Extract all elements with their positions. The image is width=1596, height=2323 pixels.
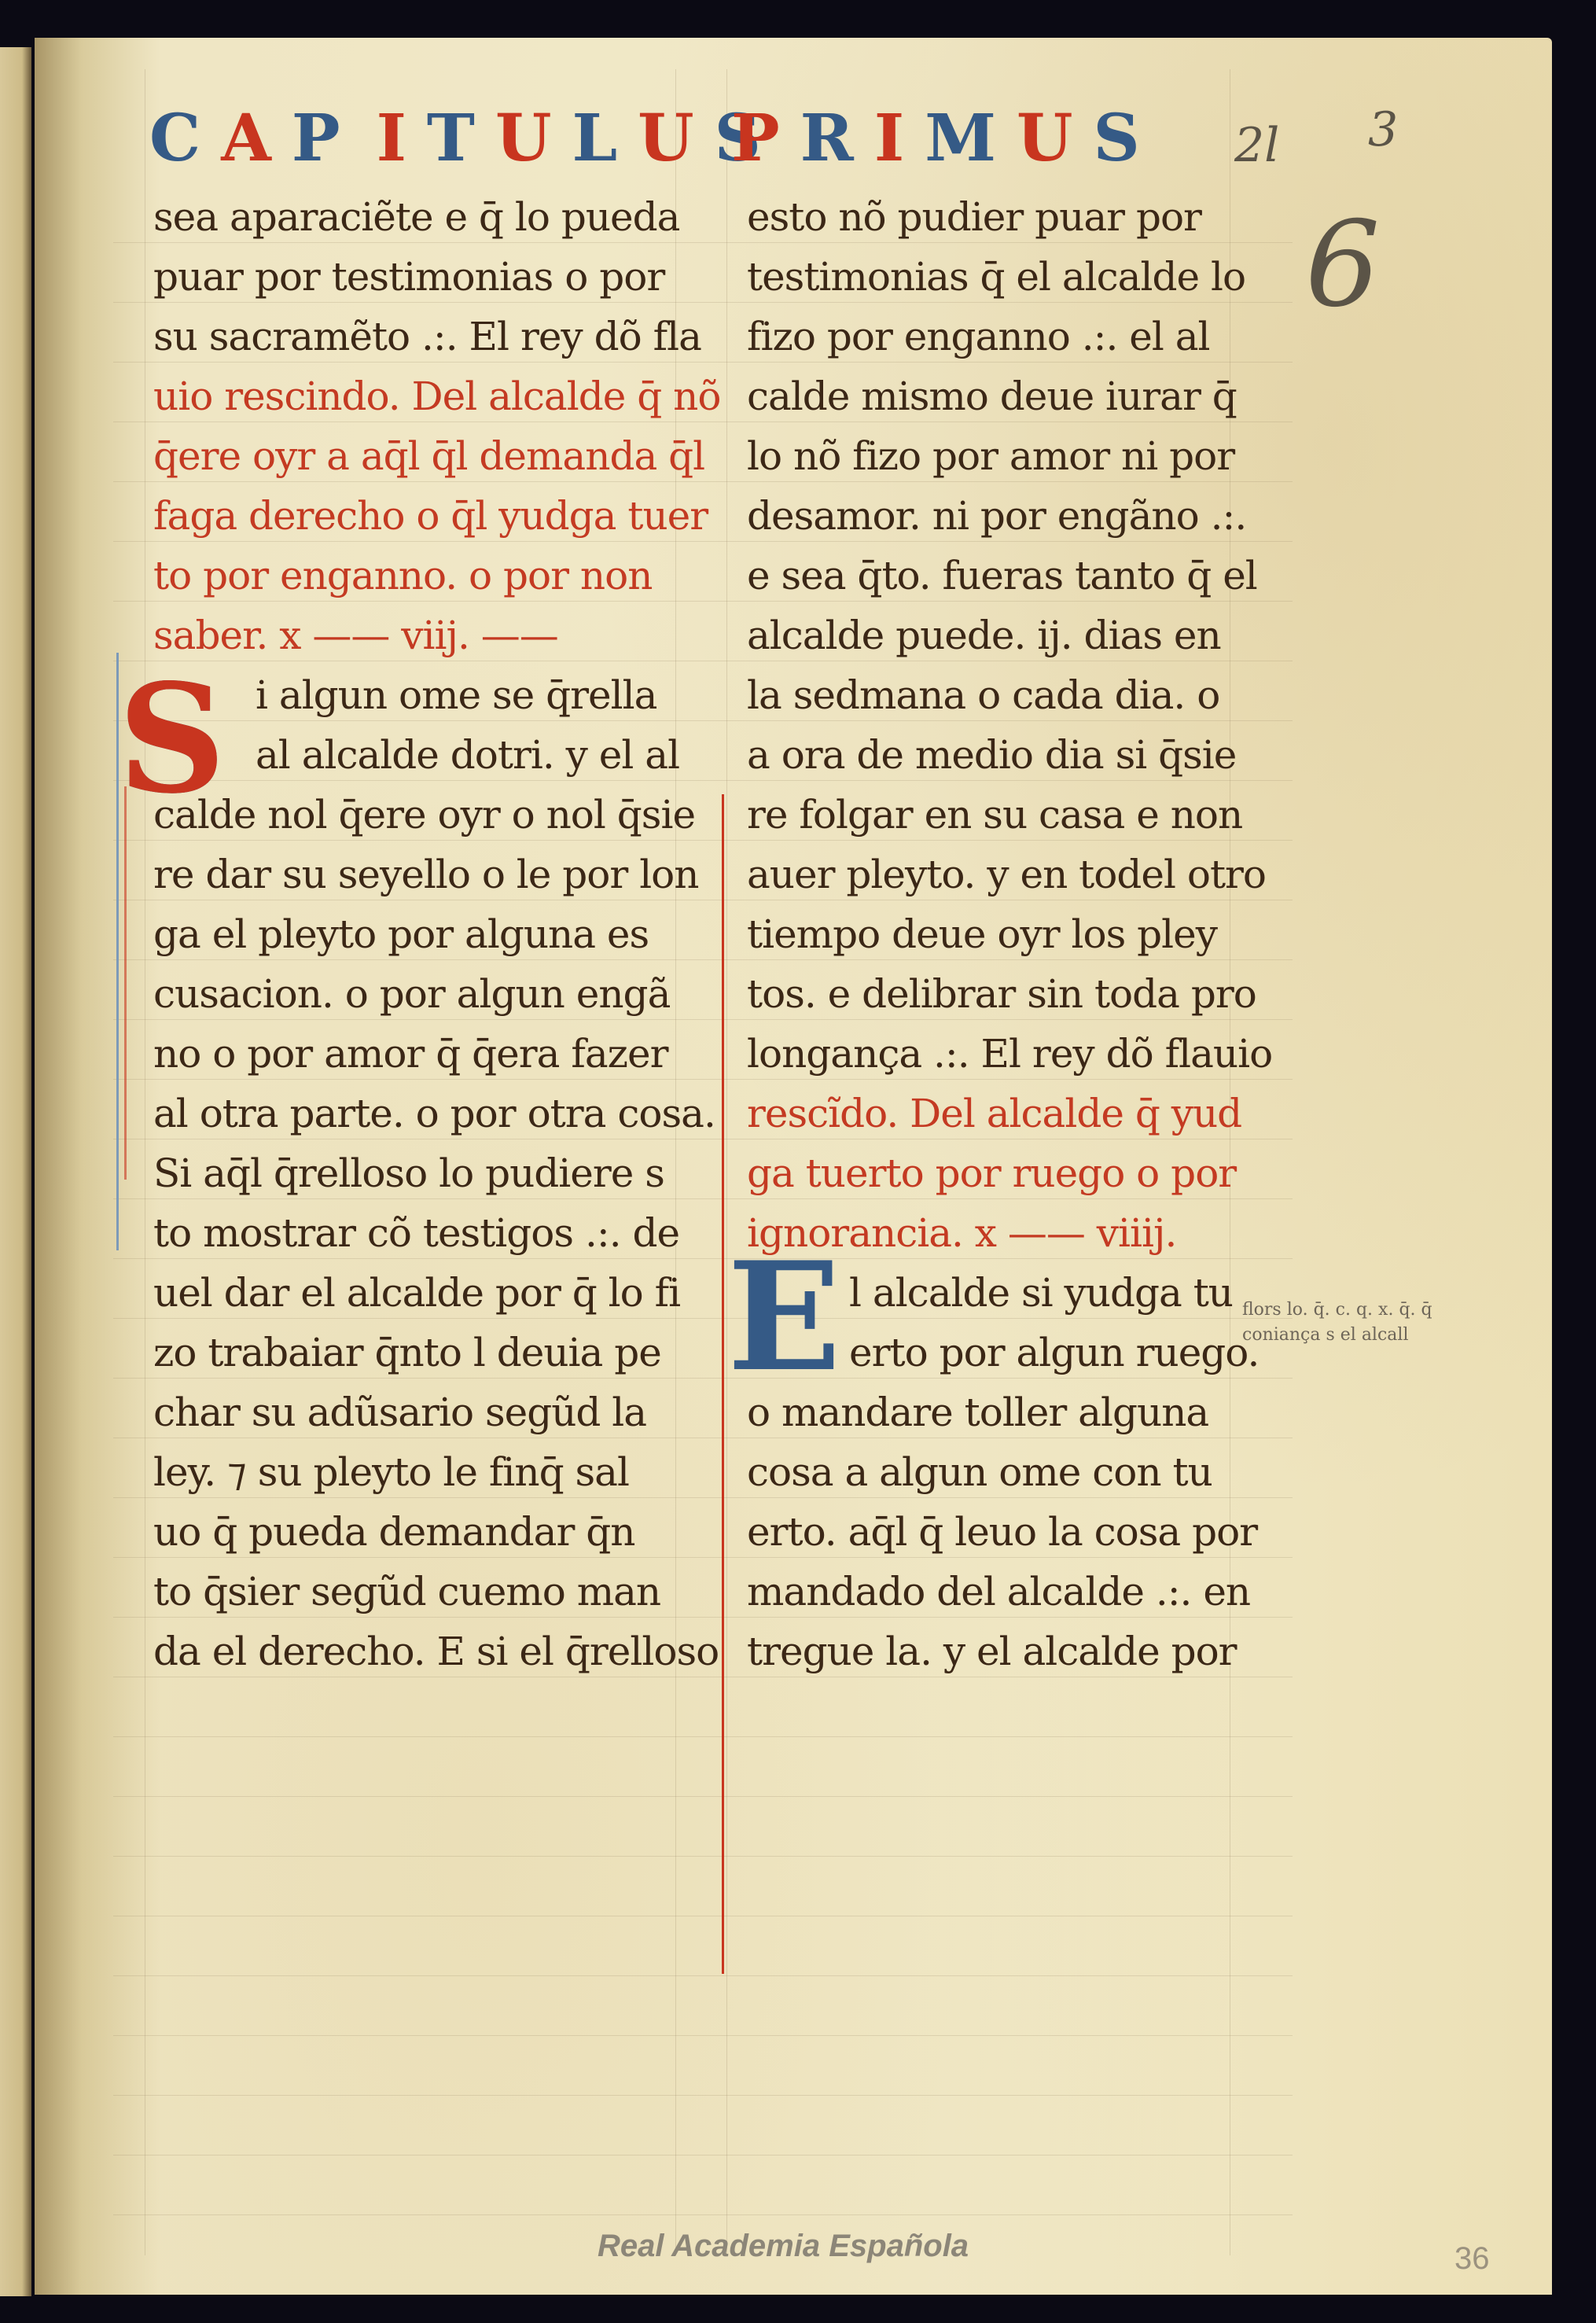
text-line: uo q̄ pueda demandar q̄n: [153, 1502, 720, 1562]
column-rule-2: [726, 69, 727, 2255]
text-line: zo trabaiar q̄nto l deuia pe: [153, 1323, 720, 1382]
text-line: lo nõ fizo por amor ni por: [747, 426, 1272, 486]
text-line: auer pleyto. y en todel otro: [747, 845, 1272, 904]
text-line: calde nol q̄ere oyr o nol q̄sie: [153, 785, 720, 845]
text-line: desamor. ni por engãno .:.: [747, 486, 1272, 546]
margin-note-3: 3: [1368, 102, 1398, 157]
text-line: no o por amor q̄ q̄era fazer: [153, 1024, 720, 1084]
text-line: saber. x —— viij. ——: [153, 606, 720, 665]
text-line: re dar su seyello o le por lon: [153, 845, 720, 904]
text-line: re folgar en su casa e non: [747, 785, 1272, 845]
margin-note-2l: 2l: [1234, 118, 1279, 173]
ruling-line: [113, 2155, 1293, 2155]
text-line: uio rescindo. Del alcalde q̄ nõ: [153, 366, 720, 426]
ruling-line: [113, 1975, 1293, 1976]
text-line: erto. aq̄l q̄ leuo la cosa por: [747, 1502, 1272, 1562]
text-line: esto nõ pudier puar por: [747, 187, 1272, 247]
ruling-line: [113, 2035, 1293, 2036]
text-line: to por enganno. o por non: [153, 546, 720, 606]
chapter-heading-left: CAP ITULUS: [149, 101, 764, 164]
text-line: al alcalde dotri. y el al: [153, 725, 720, 785]
pen-flourish-right: [722, 794, 724, 1974]
text-line: cosa a algun ome con tu: [747, 1442, 1272, 1502]
text-line: char su adũsario segũd la: [153, 1382, 720, 1442]
ruling-line: [113, 1796, 1293, 1797]
text-line: tos. e delibrar sin toda pro: [747, 964, 1272, 1024]
text-line: a ora de medio dia si q̄sie: [747, 725, 1272, 785]
margin-note-6: 6: [1305, 197, 1380, 333]
text-line: testimonias q̄ el alcalde lo: [747, 247, 1272, 307]
folio-number: 36: [1454, 2241, 1490, 2277]
watermark: Real Academia Española: [598, 2229, 969, 2264]
text-line: sea aparaciẽte e q̄ lo pueda: [153, 187, 720, 247]
text-line: cusacion. o por algun engã: [153, 964, 720, 1024]
text-line: su sacramẽto .:. El rey dõ fla: [153, 307, 720, 366]
text-line: longança .:. El rey dõ flauio: [747, 1024, 1272, 1084]
chapter-heading-right: PRIMUS: [731, 101, 1143, 164]
ruling-line: [113, 2214, 1293, 2215]
text-line: rescĩdo. Del alcalde q̄ yud: [747, 1084, 1272, 1143]
text-line: ley. ⁊ su pleyto le finq̄ sal: [153, 1442, 720, 1502]
text-line: mandado del alcalde .:. en: [747, 1562, 1272, 1622]
marginal-annotation: flors lo. q̄. c. q. x. q̄. q̄ coniança s…: [1242, 1298, 1432, 1348]
illuminated-initial-e: E: [727, 1246, 841, 1388]
ruling-line: [113, 1916, 1293, 1916]
text-line: tregue la. y el alcalde por: [747, 1622, 1272, 1681]
pen-flourish-left: [116, 653, 119, 1250]
text-line: to q̄sier segũd cuemo man: [153, 1562, 720, 1622]
text-line: la sedmana o cada dia. o: [747, 665, 1272, 725]
text-line: alcalde puede. ij. dias en: [747, 606, 1272, 665]
ruling-line: [113, 1736, 1293, 1737]
text-line: e sea q̄to. fueras tanto q̄ el: [747, 546, 1272, 606]
text-column-left: sea aparaciẽte e q̄ lo puedapuar por tes…: [153, 187, 720, 1681]
ruling-line: [113, 2095, 1293, 2096]
text-line: to mostrar cõ testigos .:. de: [153, 1203, 720, 1263]
text-line: q̄ere oyr a aq̄l q̄l demanda q̄l: [153, 426, 720, 486]
text-line: i algun ome se q̄rella: [153, 665, 720, 725]
ruling-line: [113, 1856, 1293, 1857]
annotation-line-2: coniança s el alcall: [1242, 1323, 1432, 1348]
text-line: ga el pleyto por alguna es: [153, 904, 720, 964]
annotation-line-1: flors lo. q̄. c. q. x. q̄. q̄: [1242, 1298, 1432, 1323]
text-line: fizo por enganno .:. el al: [747, 307, 1272, 366]
text-column-right: esto nõ pudier puar portestimonias q̄ el…: [747, 187, 1272, 1681]
text-line: Si aq̄l q̄rellоso lo pudiere s: [153, 1143, 720, 1203]
text-line: puar por testimonias o por: [153, 247, 720, 307]
previous-page-edge: [0, 47, 31, 2296]
margin-rule-left: [145, 69, 145, 2255]
text-line: calde mismo deue iurar q̄: [747, 366, 1272, 426]
text-line: al otra parte. o por otra cosa.: [153, 1084, 720, 1143]
text-line: da el derecho. E si el q̄rellоso: [153, 1622, 720, 1681]
illuminated-initial-s: S: [118, 668, 226, 810]
pen-flourish-left-red: [124, 786, 127, 1180]
text-line: ga tuerto por ruego o por: [747, 1143, 1272, 1203]
text-line: faga derecho o q̄l yudga tuer: [153, 486, 720, 546]
text-line: uel dar el alcalde por q̄ lo fi: [153, 1263, 720, 1323]
text-line: tiempo deue oyr los pley: [747, 904, 1272, 964]
